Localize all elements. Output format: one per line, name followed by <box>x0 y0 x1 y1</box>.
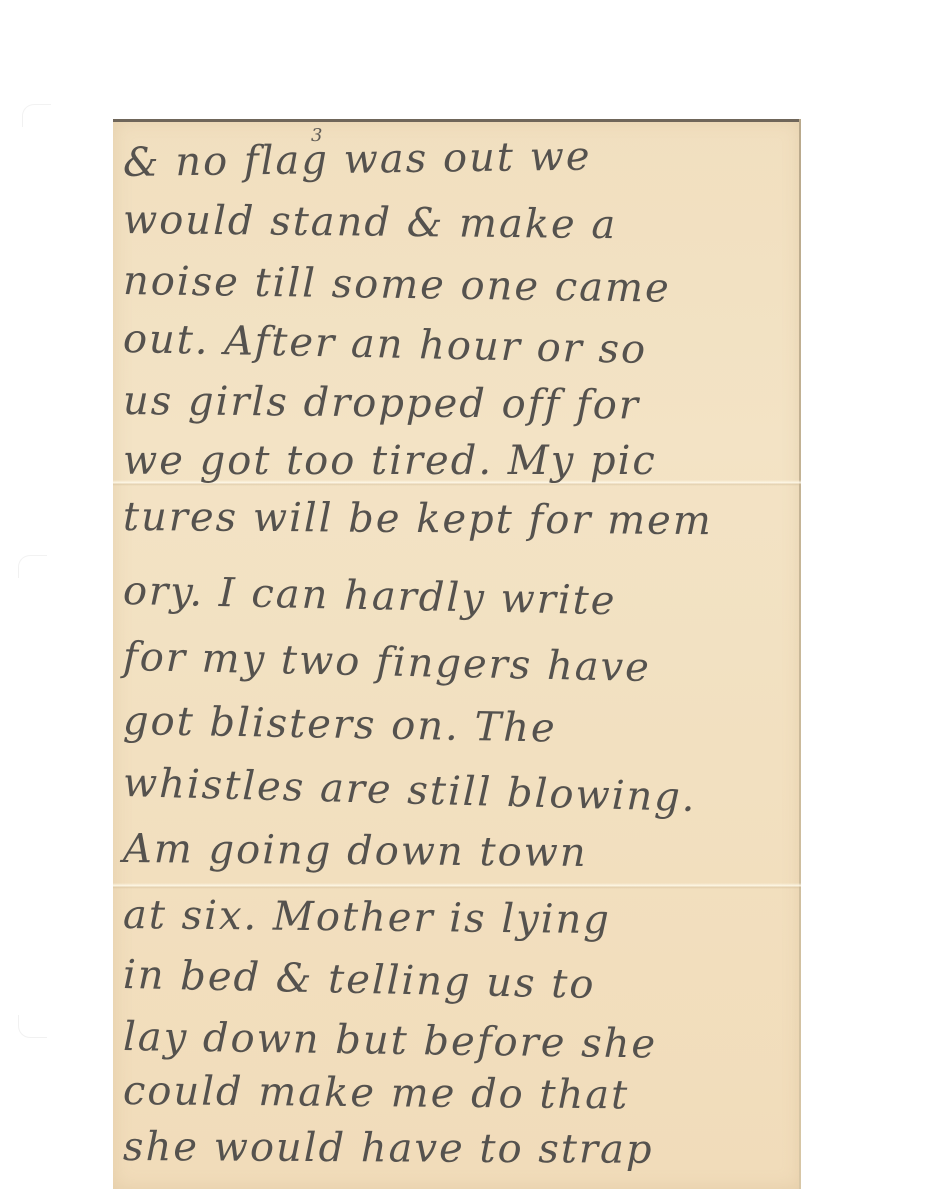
text-line-17: she would have to strap <box>123 1123 654 1174</box>
text-line-11: whistles are still blowing. <box>122 759 697 822</box>
text-line-10: got blisters on. The <box>123 697 557 753</box>
text-line-9: for my two fingers have <box>122 633 651 692</box>
text-line-13: at six. Mother is lying <box>123 891 611 944</box>
text-line-3: noise till some one came <box>123 257 671 313</box>
text-line-4: out. After an hour or so <box>122 315 647 374</box>
text-line-14: in bed & telling us to <box>122 951 595 1009</box>
scan-margin-mark-middle <box>18 555 47 578</box>
scan-margin-mark-top <box>22 104 51 127</box>
text-line-2: would stand & make a <box>123 196 618 249</box>
text-line-5: us girls dropped off for <box>123 377 640 430</box>
text-line-8: ory. I can hardly write <box>122 567 616 625</box>
text-line-16: could make me do that <box>123 1067 630 1119</box>
text-line-12: Am going down town <box>123 825 588 877</box>
text-line-1: & no flag was out we <box>123 132 592 187</box>
text-line-6: we got too tired. My pic <box>123 437 657 485</box>
letter-page: 3 & no flag was out we would stand & mak… <box>113 119 801 1189</box>
text-line-7: tures will be kept for mem <box>123 493 713 545</box>
scan-margin-mark-bottom <box>18 1015 47 1038</box>
text-line-15: lay down but before she <box>123 1013 658 1068</box>
handwritten-text: & no flag was out we would stand & make … <box>113 119 801 1189</box>
